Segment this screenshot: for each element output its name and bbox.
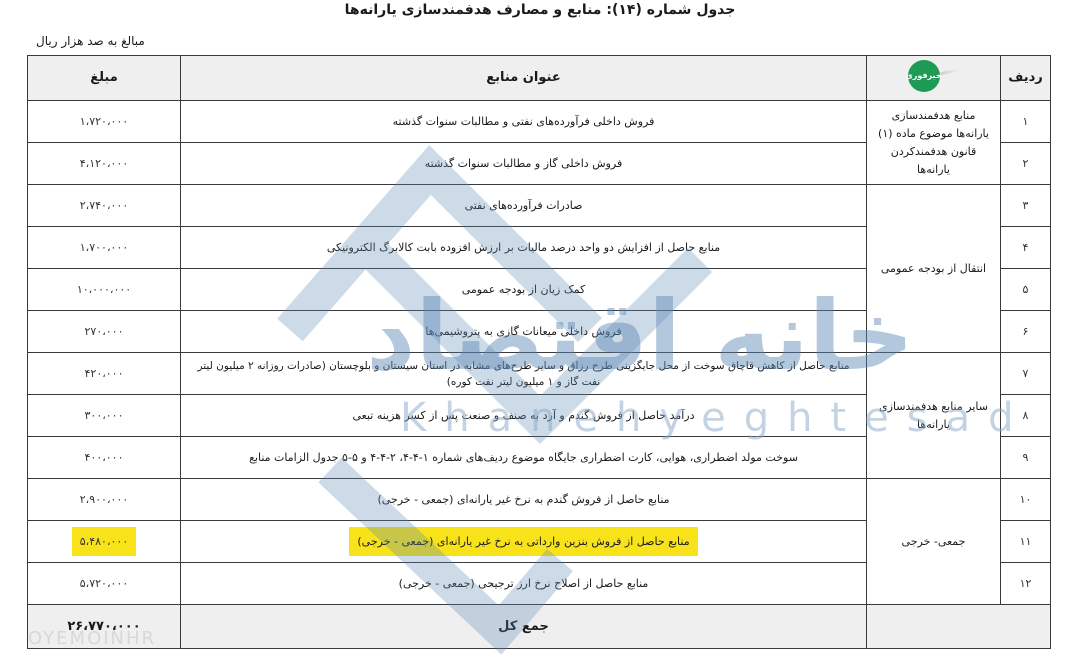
row-title: کمک زیان از بودجه عمومی xyxy=(181,269,867,311)
row-amount: ۲۷۰،۰۰۰ xyxy=(28,311,181,353)
row-title: فروش داخلی میعانات گازی به پتروشیمی‌ها xyxy=(181,311,867,353)
unit-note: مبالغ به صد هزار ریال xyxy=(36,34,145,48)
row-amount: ۴،۱۲۰،۰۰۰ xyxy=(28,143,181,185)
highlighted-amount: ۵،۴۸۰،۰۰۰ xyxy=(72,527,136,556)
row-title: منابع حاصل از فروش گندم به نرخ غیر یاران… xyxy=(181,479,867,521)
table-row: ۱ منابع هدفمندسازی یارانه‌ها موضوع ماده … xyxy=(28,101,1051,143)
total-row: جمع کل ۲۶،۷۷۰،۰۰۰ xyxy=(28,605,1051,649)
group-cell: منابع هدفمندسازی یارانه‌ها موضوع ماده (۱… xyxy=(867,101,1001,185)
row-title: سوخت مولد اضطراری، هوایی، کارت اضطراری ج… xyxy=(181,437,867,479)
row-title: صادرات فرآورده‌های نفتی xyxy=(181,185,867,227)
row-number: ۱۲ xyxy=(1001,563,1051,605)
row-title: فروش داخلی گاز و مطالبات سنوات گذشته xyxy=(181,143,867,185)
row-title: درآمد حاصل از فروش گندم و آرد به صنف و ص… xyxy=(181,395,867,437)
row-title: منابع حاصل از افزایش دو واحد درصد مالیات… xyxy=(181,227,867,269)
row-number: ۲ xyxy=(1001,143,1051,185)
total-spacer xyxy=(867,605,1051,649)
group-cell: سایر منابع هدفمندسازی یارانه‌ها xyxy=(867,353,1001,479)
row-title: منابع حاصل از فروش بنزین وارداتی به نرخ … xyxy=(181,521,867,563)
subsidy-sources-table: ردیف خبرفوری عنوان منابع مبلغ ۱ منابع هد… xyxy=(27,55,1051,649)
logo-swoosh-icon xyxy=(939,67,961,75)
row-amount: ۳۰۰،۰۰۰ xyxy=(28,395,181,437)
logo-icon: خبرفوری xyxy=(908,60,940,92)
row-amount: ۵،۴۸۰،۰۰۰ xyxy=(28,521,181,563)
header-category: خبرفوری xyxy=(867,56,1001,101)
row-number: ۵ xyxy=(1001,269,1051,311)
row-amount: ۴۲۰،۰۰۰ xyxy=(28,353,181,395)
row-amount: ۱،۷۲۰،۰۰۰ xyxy=(28,101,181,143)
row-number: ۱ xyxy=(1001,101,1051,143)
group-cell: جمعی- خرجی xyxy=(867,479,1001,605)
row-number: ۹ xyxy=(1001,437,1051,479)
table-row: ۱۰ جمعی- خرجی منابع حاصل از فروش گندم به… xyxy=(28,479,1051,521)
row-number: ۶ xyxy=(1001,311,1051,353)
header-row-no: ردیف xyxy=(1001,56,1051,101)
row-number: ۷ xyxy=(1001,353,1051,395)
row-amount: ۲،۹۰۰،۰۰۰ xyxy=(28,479,181,521)
row-title: منابع حاصل از کاهش قاچاق سوخت از محل جای… xyxy=(181,353,867,395)
table-row: ۷ سایر منابع هدفمندسازی یارانه‌ها منابع … xyxy=(28,353,1051,395)
row-amount: ۱۰،۰۰۰،۰۰۰ xyxy=(28,269,181,311)
news-logo: خبرفوری xyxy=(904,58,964,94)
row-number: ۴ xyxy=(1001,227,1051,269)
row-amount: ۱،۷۰۰،۰۰۰ xyxy=(28,227,181,269)
row-title: منابع حاصل از اصلاح نرخ ارز ترجیحی (جمعی… xyxy=(181,563,867,605)
header-title: عنوان منابع xyxy=(181,56,867,101)
group-cell: انتقال از بودجه عمومی xyxy=(867,185,1001,353)
table-row: ۳ انتقال از بودجه عمومی صادرات فرآورده‌ه… xyxy=(28,185,1051,227)
row-title: فروش داخلی فرآورده‌های نفتی و مطالبات سن… xyxy=(181,101,867,143)
table-title: جدول شماره (۱۴): منابع و مصارف هدفمندساز… xyxy=(0,2,1080,18)
total-amount: ۲۶،۷۷۰،۰۰۰ xyxy=(28,605,181,649)
row-number: ۱۱ xyxy=(1001,521,1051,563)
row-amount: ۵،۷۲۰،۰۰۰ xyxy=(28,563,181,605)
row-amount: ۴۰۰،۰۰۰ xyxy=(28,437,181,479)
header-amount: مبلغ xyxy=(28,56,181,101)
header-row: ردیف خبرفوری عنوان منابع مبلغ xyxy=(28,56,1051,101)
highlighted-title: منابع حاصل از فروش بنزین وارداتی به نرخ … xyxy=(349,527,697,556)
row-number: ۱۰ xyxy=(1001,479,1051,521)
total-label: جمع کل xyxy=(181,605,867,649)
row-amount: ۲،۷۴۰،۰۰۰ xyxy=(28,185,181,227)
row-number: ۳ xyxy=(1001,185,1051,227)
row-number: ۸ xyxy=(1001,395,1051,437)
